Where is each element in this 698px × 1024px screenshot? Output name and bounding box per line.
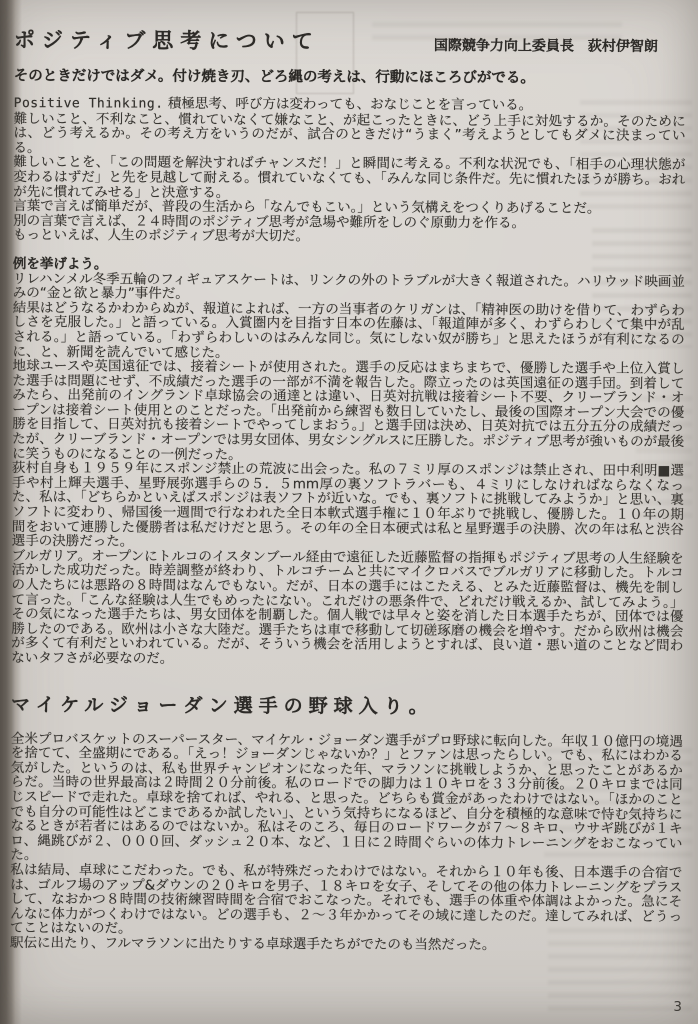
scanned-page: ポジティブ思考について 国際競争力向上委員長 荻村伊智朗 そのときだけではダメ。… xyxy=(0,0,698,1024)
paragraph: リレハンメル冬季五輪のフィギュアスケートは、リンクの外のトラブルが大きく報道され… xyxy=(13,272,685,304)
paragraph-text: 積極思考、呼び方は変わっても、おなじことを言っている。 xyxy=(168,96,532,114)
english-phrase: Positive Thinking. xyxy=(14,96,164,112)
paragraph: 全米プロバスケットのスーパースター、マイケル・ジョーダン選手がプロ野球に転向した… xyxy=(10,732,683,866)
section2-heading: マイケルジョーダン選手の野球入り。 xyxy=(11,690,683,720)
article-title: ポジティブ思考について xyxy=(14,24,320,55)
paragraph: 地球ユースや英国遠征では、接着シートが使用された。選手の反応はまちまちで、優勝し… xyxy=(12,359,684,464)
paragraph: 駅伝に出たり、フルマラソンに出たりする卓球選手たちがでたのも当然だった。 xyxy=(10,936,682,954)
paragraph: もっといえば、人生のポジティブ思考が大切だ。 xyxy=(13,228,685,246)
paragraph: 私は結局、卓球にこだわった。でも、私が特殊だったわけではない。それから１０年も後… xyxy=(10,863,682,939)
paragraph: 結果はどうなるかわからぬが、報道によれば、一方の当事者のケリガンは、「精神医の助… xyxy=(13,301,685,362)
paragraph: 荻村自身も１９５９年にスポンジ禁止の荒波に出会った。私の７ミリ厚のスポンジは禁止… xyxy=(12,461,684,551)
article-byline: 国際競争力向上委員長 荻村伊智朗 xyxy=(434,35,658,57)
article: ポジティブ思考について 国際競争力向上委員長 荻村伊智朗 そのときだけではダメ。… xyxy=(10,24,686,953)
paragraph: ブルガリア。オープンにトルコのイスタンブール経由で遠征した近藤監督の指揮もポジテ… xyxy=(11,549,684,669)
paragraph: 難しいことを、「この問題を解決すればチャンスだ！」と瞬間に考える。不利な状況でも… xyxy=(13,155,685,202)
page-number: 3 xyxy=(673,999,682,1015)
article-header: ポジティブ思考について 国際競争力向上委員長 荻村伊智朗 xyxy=(14,24,686,57)
lead-sentence: そのときだけではダメ。付け焼き刃、どろ縄の考えは、行動にほころびがでる。 xyxy=(14,67,686,88)
paragraph: 難しいこと、不利なこと、慣れていなくて嫌なこと、が起こったときに、どう上手に対処… xyxy=(13,112,685,159)
